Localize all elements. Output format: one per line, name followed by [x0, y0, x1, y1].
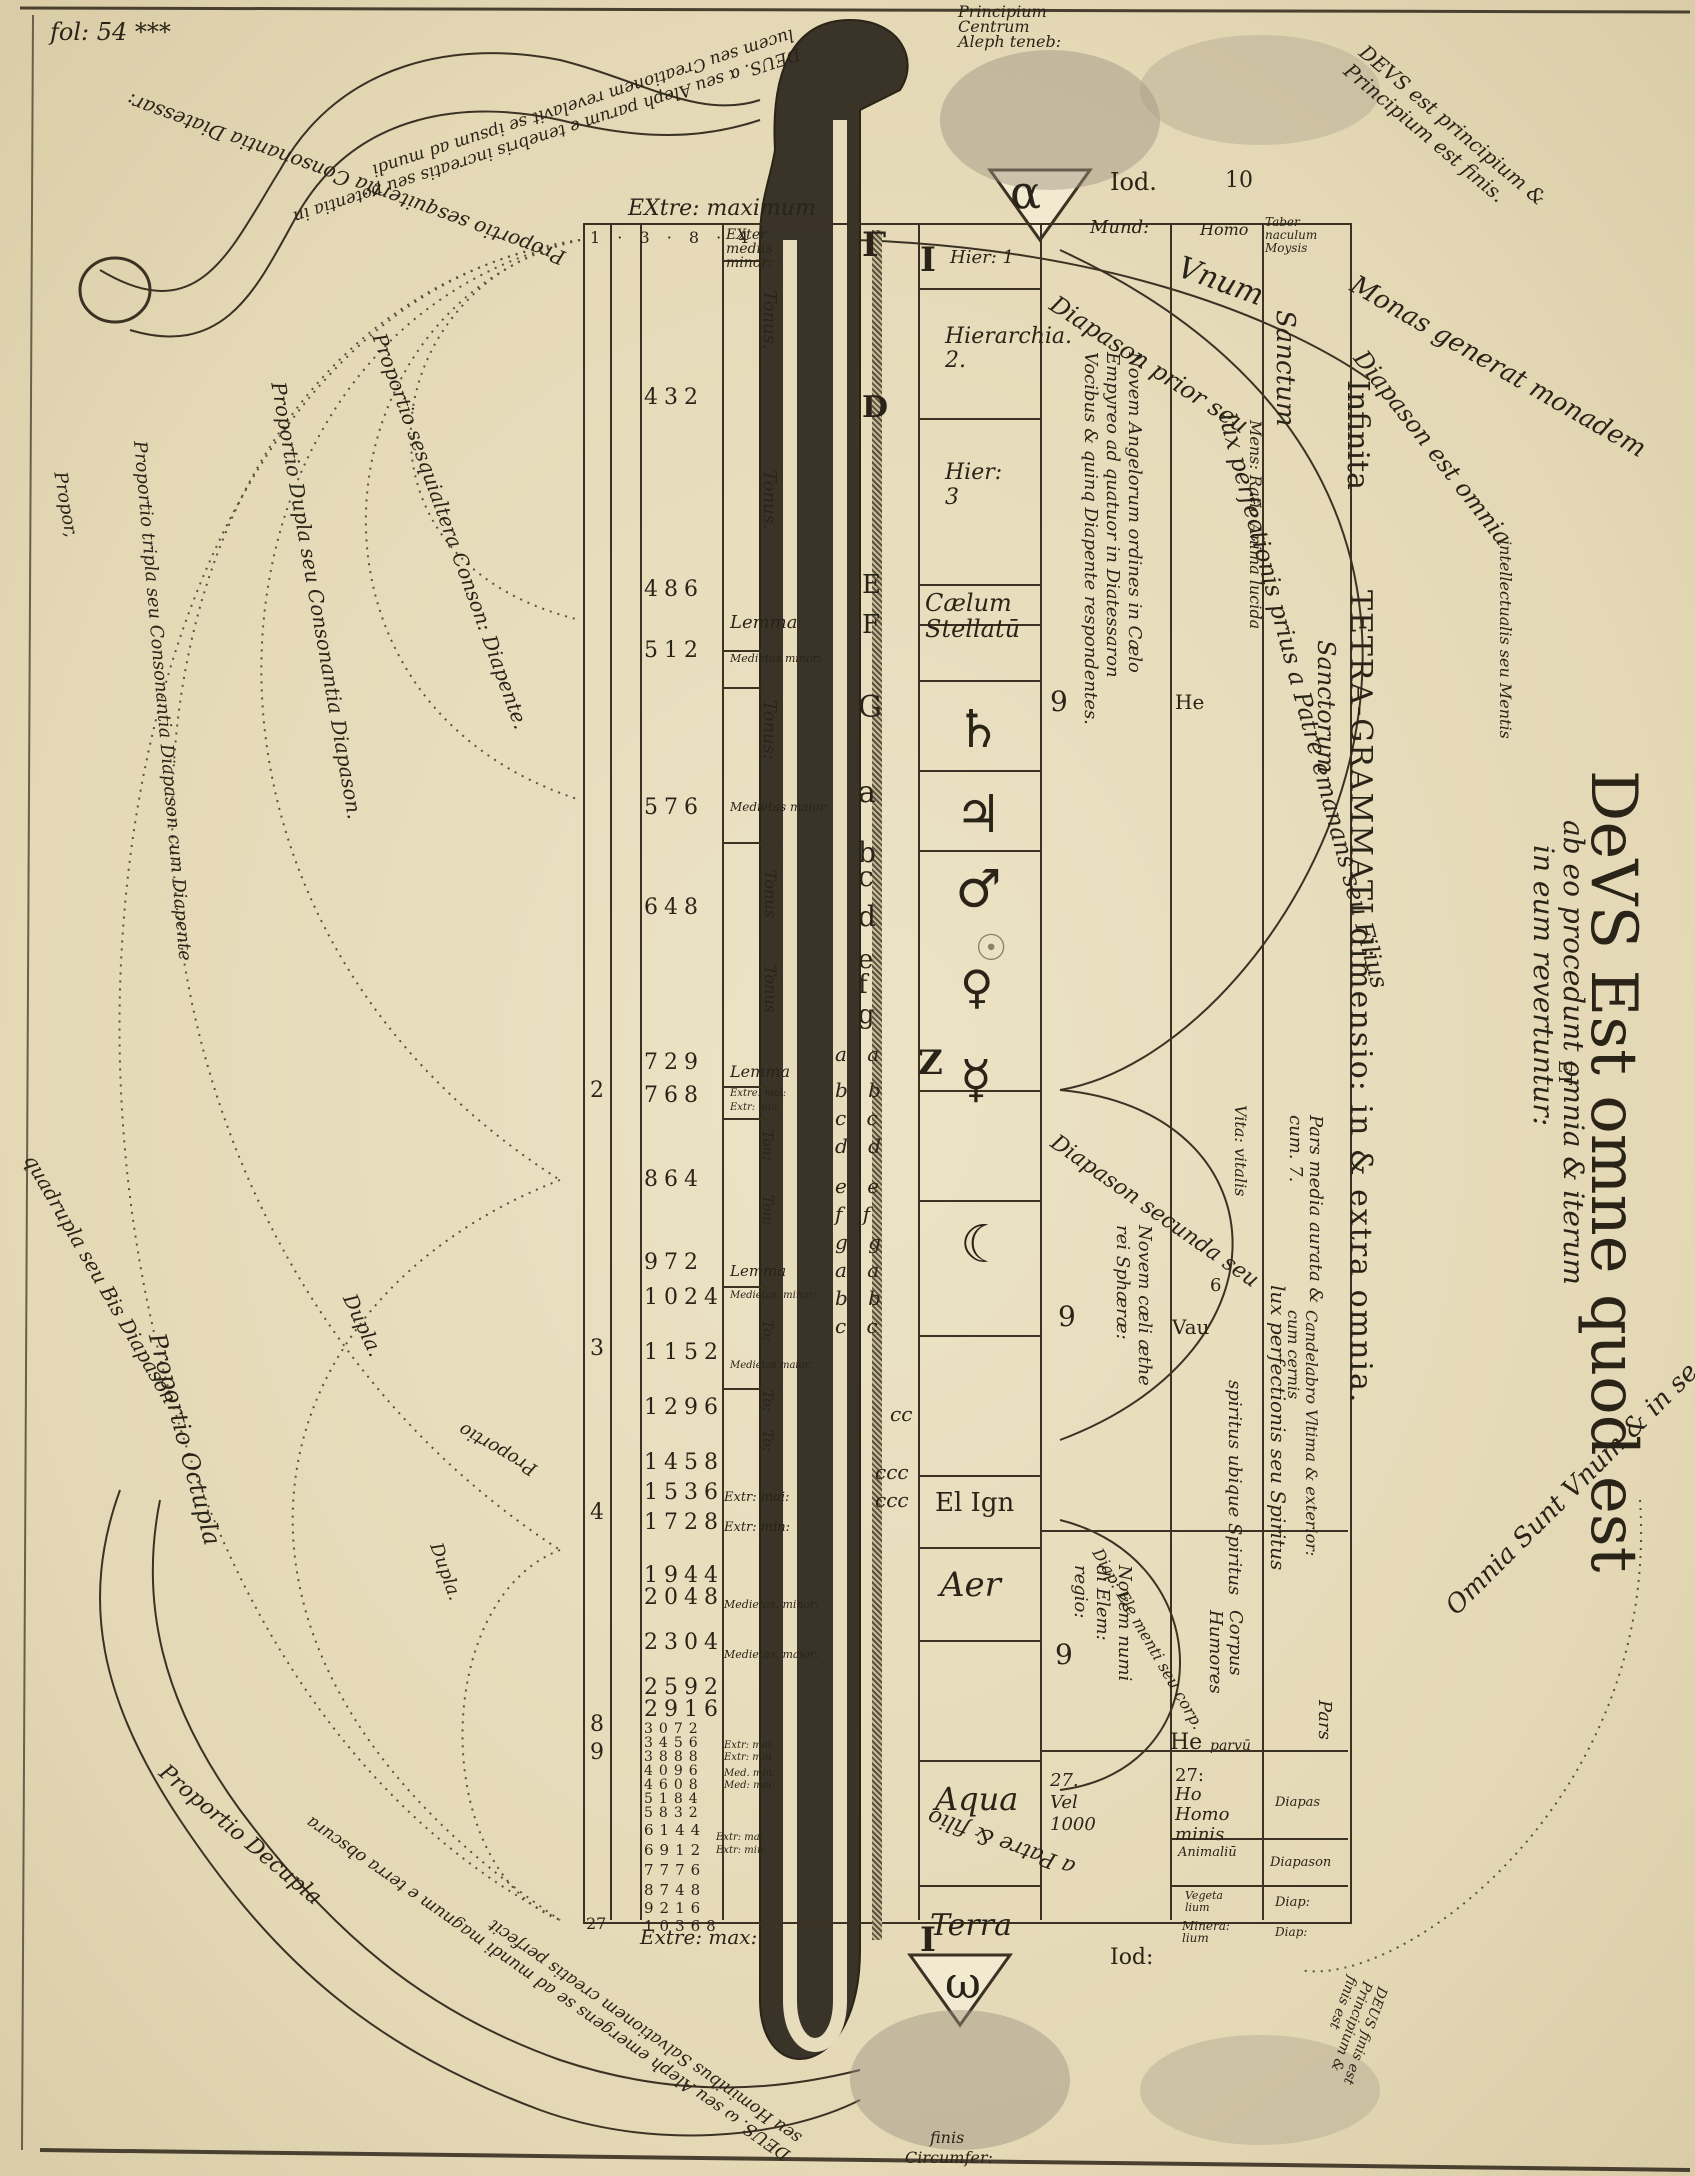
- ratio-value: 486: [644, 577, 704, 602]
- note-pair: f f: [835, 1200, 912, 1228]
- ratio-value: 2916: [644, 1697, 724, 1722]
- row-line: [918, 1760, 1040, 1762]
- note-g: g: [858, 1000, 875, 1030]
- ratio-value: 5832: [644, 1805, 704, 1821]
- interval-label: Medietas maior:: [730, 1360, 813, 1371]
- omega-symbol: ω: [945, 1958, 981, 2009]
- sphere-hier-3: Hier: 3: [945, 460, 1005, 510]
- ratio-value: 2304: [644, 1630, 724, 1655]
- sanctum-text: Sanctum: [1270, 310, 1300, 426]
- moon-icon: ☾: [960, 1215, 1007, 1275]
- pars-text: Pars: [1314, 1700, 1335, 1740]
- candelabro-text: Candelabro Vltima & exterior: cum cernis: [1284, 1310, 1320, 1570]
- table-divider: [722, 223, 724, 1920]
- interval-label: Tonus: [761, 870, 780, 918]
- note-pair: a a: [835, 1040, 912, 1068]
- tabernaculum-label: Taber naculum Moysis: [1265, 216, 1345, 255]
- principium-label: Principium Centrum Aleph teneb:: [958, 4, 1061, 49]
- note-g: G: [858, 690, 882, 725]
- nine-upper: 9: [1050, 685, 1068, 718]
- mens-text: Mens: Ratio Anima lucida: [1246, 420, 1265, 629]
- sanctorum-text: Sanctorum: [1312, 640, 1340, 773]
- ratio-value: 729: [644, 1050, 704, 1075]
- sphere-caelum-stellatum: Cælum Stellatū: [925, 590, 1035, 642]
- mineralium-label: Minera: lium: [1182, 1920, 1237, 1944]
- interval-label: Extr: min:: [716, 1845, 767, 1856]
- diapason-label: Diapason: [1270, 1855, 1331, 1870]
- note-pair: d d: [835, 1132, 912, 1160]
- ratio-value: 576: [644, 795, 704, 820]
- corpus-humores-text: Corpus Humores: [1205, 1610, 1245, 1730]
- ratio-value: 972: [644, 1250, 704, 1275]
- sphere-hierarchia-2: Hierarchia. 2.: [945, 325, 1035, 373]
- interval-label: Extre: mai:: [730, 1088, 786, 1099]
- marker-top-i: I: [920, 240, 936, 280]
- ratio-value: 8748: [644, 1881, 706, 1899]
- sphere-aer: Aer: [940, 1565, 1001, 1605]
- interval-label: Extr: min:: [724, 1520, 790, 1535]
- ratio-value: 1152: [644, 1340, 724, 1365]
- ratio-value: 1728: [644, 1510, 724, 1535]
- mercury-icon: ☿: [960, 1050, 992, 1110]
- vau-label: Vau: [1172, 1315, 1209, 1339]
- interval-label: Lemma: [730, 1062, 790, 1081]
- note-pair: g g: [835, 1228, 912, 1256]
- heading-line2: ab eo procedunt omnia & iterum: [1557, 820, 1590, 1285]
- interval-label: To:: [759, 1320, 775, 1341]
- interval-label: Extr: min:: [730, 1102, 781, 1113]
- note-pair: c c: [835, 1312, 912, 1340]
- extre-max-top: EXtre: maximum: [628, 196, 816, 221]
- note-d: D: [862, 390, 888, 425]
- animaliu-label: Animaliū: [1178, 1845, 1237, 1860]
- lower-notes: a a b b c c d d e e f f g g a a b b c c …: [835, 1040, 912, 1514]
- nine-lower: 9: [1055, 1638, 1073, 1671]
- iod-top-label: Iod.: [1110, 168, 1157, 196]
- folio-number: fol: 54 ***: [50, 18, 171, 46]
- homo-z7-text: 27:: [1175, 1765, 1204, 1786]
- note-pair: a a: [835, 1256, 912, 1284]
- ratio-value: 864: [644, 1167, 704, 1192]
- venus-icon: ♀: [960, 960, 994, 1014]
- row-line: [918, 1547, 1040, 1549]
- interval-label: Lemma: [730, 612, 797, 633]
- outer-mark: 9: [590, 1740, 604, 1765]
- ratio-value: 1458: [644, 1450, 724, 1475]
- diap2-label: Diap:: [1275, 1925, 1307, 1939]
- note-e: E: [862, 570, 881, 600]
- note-f: f: [858, 970, 868, 1000]
- mars-icon: ♂: [955, 860, 1002, 920]
- ratio-value: 7776: [644, 1861, 706, 1879]
- note-pair: b b: [835, 1076, 912, 1104]
- note-gamma: Γ: [862, 225, 886, 265]
- interval-label: Lemma: [730, 1262, 786, 1280]
- ratio-value: 432: [644, 385, 704, 410]
- iod-number: 10: [1225, 168, 1253, 193]
- iod-bottom-label: Iod:: [1110, 1945, 1153, 1970]
- interval-label: Tonus.: [759, 290, 780, 350]
- saturn-icon: ♄: [955, 700, 1002, 760]
- tetragrammati-text: TETRA-GRAMMATI dimensio: in & extra omni…: [1343, 590, 1378, 1404]
- interval-label: Tonus:: [759, 700, 780, 760]
- interval-label: Extr: mai:: [724, 1740, 774, 1751]
- infinita-text: Infinita: [1340, 380, 1375, 490]
- row-line: [918, 850, 1040, 852]
- interval-label: Ton:: [759, 1195, 775, 1225]
- interval-label: Med: mai:: [724, 1780, 775, 1791]
- sphere-terra: Terra: [930, 1908, 1012, 1943]
- parvu-text: parvū: [1210, 1738, 1251, 1754]
- interval-label: Med. min:: [724, 1768, 775, 1779]
- note-f: F: [862, 610, 880, 640]
- table-divider: [640, 223, 642, 1920]
- pars-media-text: Pars media aurata & cum. 7.: [1285, 1115, 1325, 1315]
- row-line: [918, 1640, 1040, 1642]
- row-line: [918, 1335, 1040, 1337]
- row-line: [918, 1200, 1040, 1202]
- aleph-text: Aleph teneb:: [958, 34, 1061, 49]
- ratio-value: 1296: [644, 1395, 724, 1420]
- table-divider: [610, 223, 612, 1920]
- interval-label: To:: [759, 1430, 775, 1451]
- homo-label: Homo: [1200, 220, 1248, 239]
- marker-bottom-i: I: [920, 1920, 936, 1960]
- interval-label: Medietas minor:: [730, 652, 822, 665]
- ratio-value: 512: [644, 638, 704, 663]
- row-line: [918, 288, 1040, 290]
- he-upper-label: He: [1175, 690, 1204, 714]
- z7-vel-text: 27. Vel 1000: [1050, 1770, 1110, 1836]
- vegetabilium-label: Vegeta lium: [1185, 1890, 1240, 1914]
- interval-label: Tonus: [761, 965, 780, 1013]
- et-label: ET: [1554, 1060, 1575, 1085]
- interval-label: Extr: min: [724, 1752, 771, 1763]
- six-label: 6: [1210, 1275, 1221, 1296]
- row-line: [1170, 1885, 1348, 1887]
- row-line: [918, 418, 1040, 420]
- vita-text: Vita: vitalis: [1231, 1105, 1250, 1196]
- extre-minor-label: EXter mediis minor:: [726, 228, 796, 270]
- jupiter-icon: ♃: [955, 785, 1002, 845]
- ratio-value: 1024: [644, 1285, 724, 1310]
- interval-label: Medietas maior:: [730, 800, 829, 814]
- row-line: [722, 1286, 782, 1288]
- table-divider: [1040, 223, 1042, 1920]
- row-line: [918, 680, 1040, 682]
- note-pair: ccc: [835, 1458, 912, 1486]
- note-pair: cc: [835, 1400, 912, 1428]
- interval-label: Medietas. minor:: [724, 1598, 819, 1611]
- sphere-el-ign: El Ign: [935, 1488, 1014, 1518]
- row-line: [918, 770, 1040, 772]
- interval-label: Medietas. minor:: [730, 1290, 816, 1301]
- novem-angelorum-text: Novem Angelorum ordines in Cælo Empyreo …: [1079, 352, 1145, 752]
- row-line: [722, 1118, 782, 1120]
- spiritus-ubique-text: spiritus ubique Spiritus: [1224, 1380, 1245, 1595]
- sphere-hier-1: Hier: 1: [950, 247, 1014, 268]
- alpha-symbol: α: [1010, 165, 1041, 219]
- ratio-value: 9216: [644, 1899, 706, 1917]
- row-line: [918, 1475, 1040, 1477]
- interval-label: Medietas. maior:: [724, 1648, 819, 1661]
- note-d: d: [858, 900, 876, 933]
- outer-mark: 3: [590, 1336, 604, 1361]
- circumfer-label: Circumfer:: [905, 2148, 993, 2167]
- diap-label: Diap:: [1275, 1895, 1310, 1910]
- note-c: c: [858, 860, 874, 893]
- outer-mark: 4: [590, 1500, 604, 1525]
- outer-mark: 2: [590, 1078, 604, 1103]
- note-pair: c c: [835, 1104, 912, 1132]
- intellectualis-text: intellectualis seu Mentis: [1496, 540, 1515, 739]
- outer-mark: 27: [586, 1914, 606, 1933]
- ratio-value: 648: [644, 895, 704, 920]
- marker-middle-z: Z: [918, 1043, 943, 1083]
- ratio-value: 6912: [644, 1841, 706, 1859]
- row-line: [722, 842, 782, 844]
- row-line: [918, 1885, 1040, 1887]
- row-line: [722, 687, 782, 689]
- ratio-value: 1536: [644, 1480, 724, 1505]
- outer-mark: 8: [590, 1712, 604, 1737]
- interval-label: Ton:: [759, 1130, 775, 1160]
- homo-minis-text: Ho Homo minis: [1175, 1785, 1255, 1845]
- row-line: [918, 584, 1040, 586]
- interval-label: Extr: ma:: [716, 1832, 763, 1843]
- extre-max-bottom: Extre: max:: [640, 1925, 757, 1949]
- interval-label: To:: [759, 1390, 775, 1411]
- note-pair: b b: [835, 1284, 912, 1312]
- ratio-value: 2048: [644, 1585, 724, 1610]
- diapas-label: Diapas: [1275, 1795, 1320, 1810]
- interval-label: Tonus.: [759, 470, 780, 530]
- ratio-value: 6144: [644, 1821, 706, 1839]
- note-pair: ccc: [835, 1486, 912, 1514]
- he-lower-label: He: [1170, 1730, 1202, 1755]
- note-a: a: [858, 775, 876, 810]
- novem-elem-text: Novem numi di Elem: regio:: [1069, 1565, 1135, 1695]
- novem-caeli-text: Novem cæli æthe rei Sphæræ:: [1111, 1225, 1155, 1405]
- nine-middle: 9: [1058, 1300, 1076, 1333]
- finis-label: finis: [930, 2128, 964, 2147]
- mund-label: Mund:: [1090, 217, 1149, 238]
- interval-label: Extr: mai:: [724, 1490, 789, 1505]
- ratio-value: 768: [644, 1083, 704, 1108]
- note-pair: e e: [835, 1172, 912, 1200]
